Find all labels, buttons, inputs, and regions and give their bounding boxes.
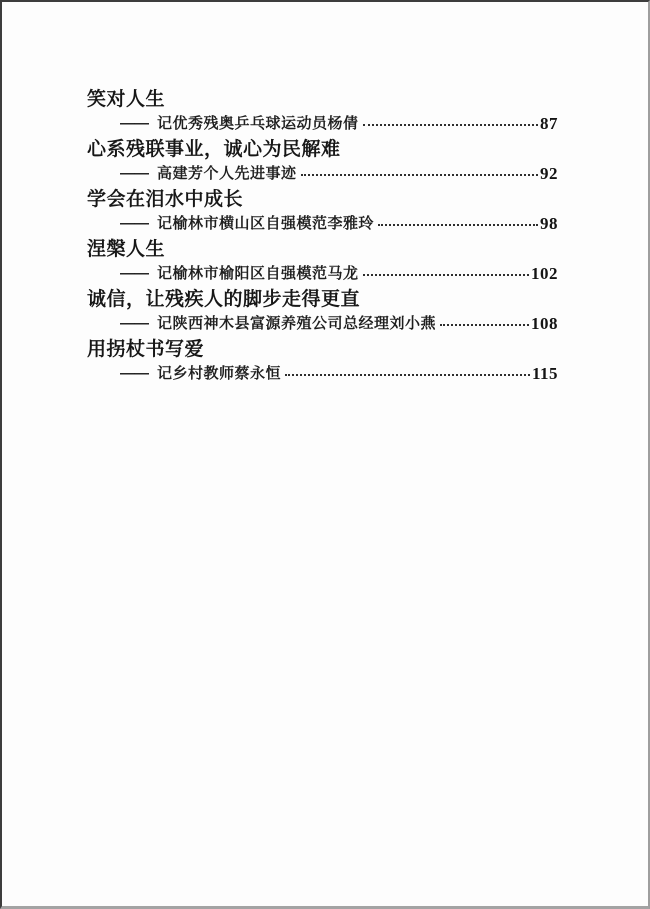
- toc-entry-subtitle-row: —— 记榆林市榆阳区自强模范马龙 102: [87, 263, 558, 285]
- toc-entry: 用拐杖书写爱 —— 记乡村教师蔡永恒 115: [87, 336, 558, 385]
- page-number: 115: [532, 363, 558, 385]
- toc-entry-subtitle: 记榆林市榆阳区自强模范马龙: [157, 263, 359, 285]
- em-dash: ——: [120, 313, 148, 335]
- toc-entry-title: 诚信，让残疾人的脚步走得更直: [87, 286, 558, 313]
- toc-entry-title: 用拐杖书写爱: [87, 336, 558, 363]
- toc-entry-title: 涅槃人生: [87, 236, 558, 263]
- toc-entry-subtitle: 记乡村教师蔡永恒: [157, 363, 281, 385]
- page-number: 87: [540, 113, 558, 135]
- dot-leader: [363, 274, 529, 276]
- toc-entry: 诚信，让残疾人的脚步走得更直 —— 记陕西神木县富源养殖公司总经理刘小燕 108: [87, 286, 558, 335]
- dot-leader: [363, 124, 538, 126]
- toc-entry-title: 笑对人生: [87, 86, 558, 113]
- em-dash: ——: [120, 113, 148, 135]
- em-dash: ——: [120, 163, 148, 185]
- toc-entry-subtitle: 记榆林市横山区自强模范李雅玲: [157, 213, 374, 235]
- dot-leader: [440, 324, 529, 326]
- toc-entry-subtitle: 记陕西神木县富源养殖公司总经理刘小燕: [157, 313, 436, 335]
- em-dash: ——: [120, 263, 148, 285]
- dot-leader: [301, 174, 538, 176]
- toc-entry: 心系残联事业，诚心为民解难 —— 高建芳个人先进事迹 92: [87, 136, 558, 185]
- em-dash: ——: [120, 363, 148, 385]
- toc-entry-subtitle-row: —— 记乡村教师蔡永恒 115: [87, 363, 558, 385]
- page-number: 92: [540, 163, 558, 185]
- toc-entry-title: 心系残联事业，诚心为民解难: [87, 136, 558, 163]
- page-number: 98: [540, 213, 558, 235]
- toc-entry-subtitle-row: —— 记陕西神木县富源养殖公司总经理刘小燕 108: [87, 313, 558, 335]
- page-number: 108: [531, 313, 558, 335]
- toc-entry-title: 学会在泪水中成长: [87, 186, 558, 213]
- toc-entry-subtitle-row: —— 记优秀残奥乒乓球运动员杨倩 87: [87, 113, 558, 135]
- toc-entry-subtitle-row: —— 记榆林市横山区自强模范李雅玲 98: [87, 213, 558, 235]
- toc-entry: 学会在泪水中成长 —— 记榆林市横山区自强模范李雅玲 98: [87, 186, 558, 235]
- toc-entry-subtitle-row: —— 高建芳个人先进事迹 92: [87, 163, 558, 185]
- page-number: 102: [531, 263, 558, 285]
- dot-leader: [285, 374, 530, 376]
- toc-entry-subtitle: 高建芳个人先进事迹: [157, 163, 297, 185]
- em-dash: ——: [120, 213, 148, 235]
- toc-entry: 笑对人生 —— 记优秀残奥乒乓球运动员杨倩 87: [87, 86, 558, 135]
- toc-list: 笑对人生 —— 记优秀残奥乒乓球运动员杨倩 87 心系残联事业，诚心为民解难 —…: [87, 86, 558, 385]
- toc-entry-subtitle: 记优秀残奥乒乓球运动员杨倩: [157, 113, 359, 135]
- toc-entry: 涅槃人生 —— 记榆林市榆阳区自强模范马龙 102: [87, 236, 558, 285]
- scanned-book-page: 笑对人生 —— 记优秀残奥乒乓球运动员杨倩 87 心系残联事业，诚心为民解难 —…: [0, 0, 650, 909]
- dot-leader: [378, 224, 538, 226]
